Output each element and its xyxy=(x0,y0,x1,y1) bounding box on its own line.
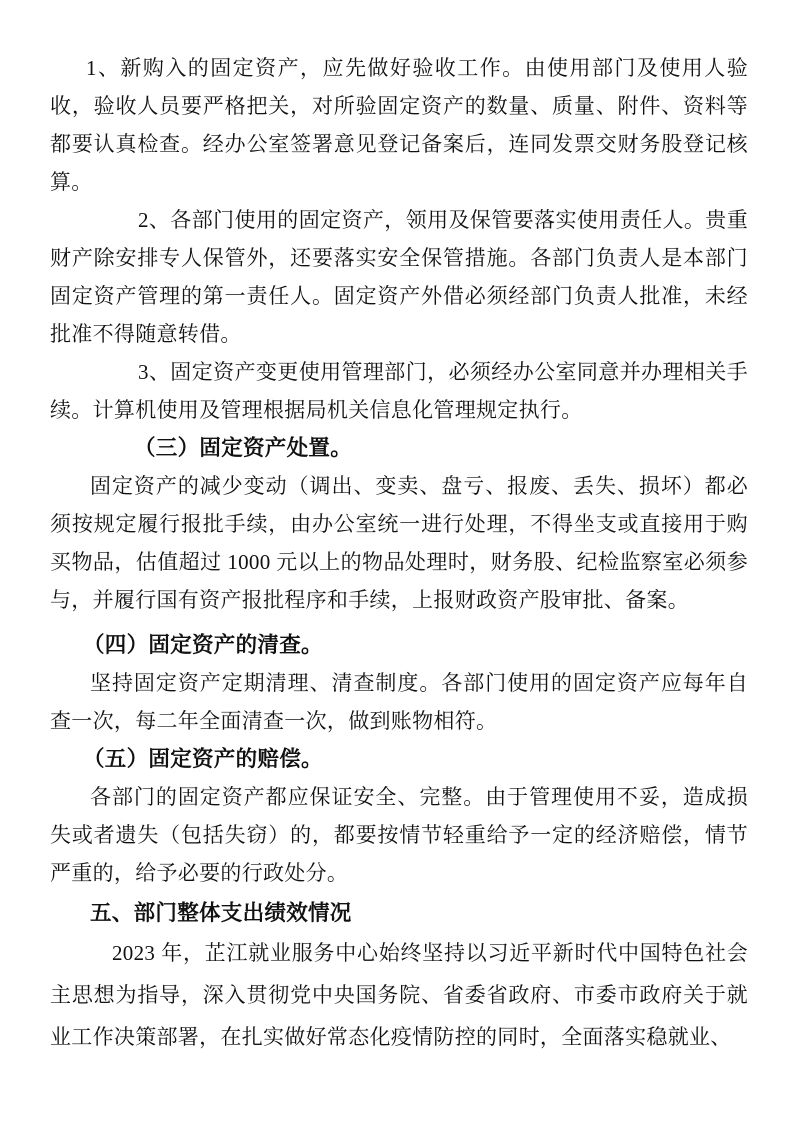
paragraph: 坚持固定资产定期清理、清查制度。各部门使用的固定资产应每年自查一次，每二年全面清… xyxy=(50,664,748,740)
section-heading: 五、部门整体支出绩效情况 xyxy=(50,894,748,932)
paragraph: 2、各部门使用的固定资产，领用及保管要落实使用责任人。贵重财产除安排专人保管外，… xyxy=(50,201,748,353)
document-content: 1、新购入的固定资产，应先做好验收工作。由使用部门及使用人验收，验收人员要严格把… xyxy=(50,49,748,1058)
document-page: 1、新购入的固定资产，应先做好验收工作。由使用部门及使用人验收，验收人员要严格把… xyxy=(0,0,793,1122)
paragraph: 各部门的固定资产都应保证安全、完整。由于管理使用不妥，造成损失或者遗失（包括失窃… xyxy=(50,778,748,892)
paragraph: 1、新购入的固定资产，应先做好验收工作。由使用部门及使用人验收，验收人员要严格把… xyxy=(50,49,748,201)
paragraph: 2023 年，芷江就业服务中心始终坚持以习近平新时代中国特色社会主思想为指导，深… xyxy=(50,932,748,1058)
section-heading: （三）固定资产处置。 xyxy=(50,429,748,467)
paragraph: 3、固定资产变更使用管理部门，必须经办公室同意并办理相关手续。计算机使用及管理根… xyxy=(50,353,748,429)
section-heading: （五）固定资产的赔偿。 xyxy=(50,740,748,778)
paragraph: 固定资产的减少变动（调出、变卖、盘亏、报废、丢失、损坏）都必须按规定履行报批手续… xyxy=(50,467,748,619)
section-heading: （四）固定资产的清查。 xyxy=(50,626,748,664)
